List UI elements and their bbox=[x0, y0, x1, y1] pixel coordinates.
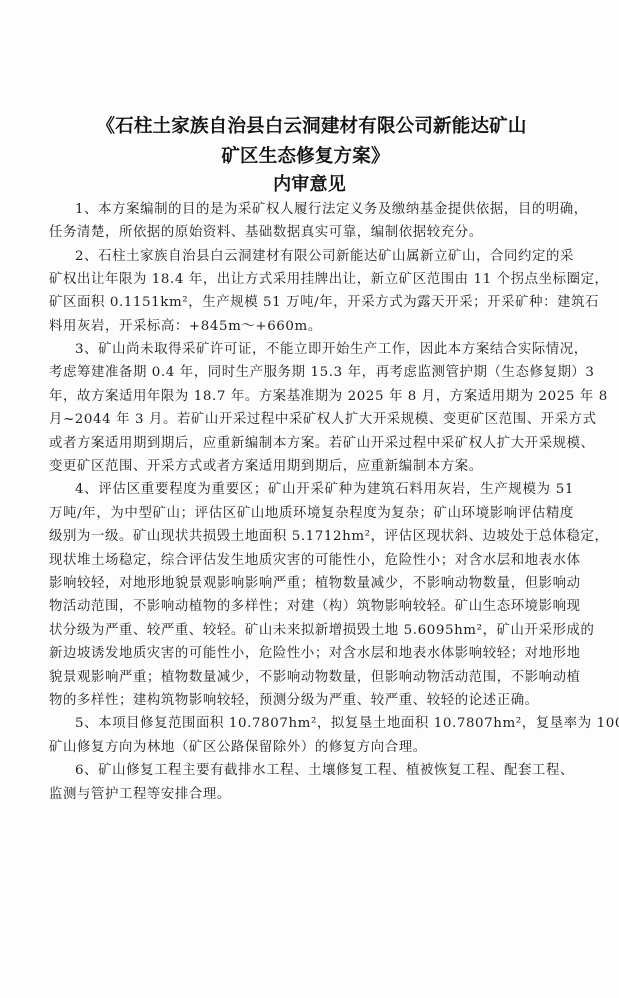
document-page: 《石柱土家族自治县白云洞建材有限公司新能达矿山 矿区生态修复方案》 内审意见 1… bbox=[0, 0, 619, 998]
document-title-line-1: 《石柱土家族自治县白云洞建材有限公司新能达矿山 bbox=[2, 112, 619, 138]
paragraph-1-line: 任务清楚，所依据的原始资料、基础数据真实可靠，编制依据较充分。 bbox=[49, 222, 574, 244]
paragraph-4-line: 影响较轻，对地形地貌景观影响影响严重；植物数量减少，不影响动物数量，但影响动 bbox=[49, 573, 574, 595]
paragraph-6-line: 6、矿山修复工程主要有截排水工程、土壤修复工程、植被恢复工程、配套工程、 bbox=[75, 760, 574, 782]
paragraph-4-line: 级别为一级。矿山现状共损毁土地面积 5.1712hm²，评估区现状斜、边坡处于总… bbox=[49, 526, 574, 548]
paragraph-3-line: 考虑筹建准备期 0.4 年，同时生产服务期 15.3 年，再考虑监测管护期（生态… bbox=[49, 362, 574, 384]
paragraph-4-line: 新边坡诱发地质灾害的可能性小，危险性小；对含水层和地表水体影响较轻；对地形地 bbox=[49, 643, 574, 665]
paragraph-4-line: 现状堆土场稳定，综合评估发生地质灾害的可能性小，危险性小；对含水层和地表水体 bbox=[49, 550, 574, 572]
paragraph-5-line: 矿山修复方向为林地（矿区公路保留除外）的修复方向合理。 bbox=[49, 737, 574, 759]
document-subtitle: 内审意见 bbox=[0, 170, 619, 196]
paragraph-2-line: 2、石柱土家族自治县白云洞建材有限公司新能达矿山属新立矿山，合同约定的采 bbox=[75, 246, 574, 268]
paragraph-6-line: 监测与管护工程等安排合理。 bbox=[49, 784, 574, 806]
paragraph-4-line: 物活动范围，不影响动植物的多样性；对建（构）筑物影响较轻。矿山生态环境影响现 bbox=[49, 596, 574, 618]
paragraph-3-line: 月~2044 年 3 月。若矿山开采过程中采矿权人扩大开采规模、变更矿区范围、开… bbox=[49, 409, 574, 431]
paragraph-3-line: 3、矿山尚未取得采矿许可证，不能立即开始生产工作，因此本方案结合实际情况， bbox=[75, 339, 574, 361]
paragraph-1-line: 1、本方案编制的目的是为采矿权人履行法定义务及缴纳基金提供依据，目的明确， bbox=[75, 199, 574, 221]
paragraph-4-line: 物的多样性；建构筑物影响较轻，预测分级为严重、较严重、较轻的论述正确。 bbox=[49, 690, 574, 712]
paragraph-2-line: 矿权出让年限为 18.4 年，出让方式采用挂牌出让，新立矿区范围由 11 个拐点… bbox=[49, 269, 574, 291]
paragraph-2-line: 矿区面积 0.1151km²，生产规模 51 万吨/年，开采方式为露天开采；开采… bbox=[49, 292, 574, 314]
paragraph-3-line: 年，故方案适用年限为 18.7 年。方案基准期为 2025 年 8 月，方案适用… bbox=[49, 386, 574, 408]
paragraph-4-line: 状分级为严重、较严重、较轻。矿山未来拟新增损毁土地 5.6095hm²，矿山开采… bbox=[49, 620, 574, 642]
document-title-line-2: 矿区生态修复方案》 bbox=[0, 142, 615, 168]
paragraph-4-line: 万吨/年，为中型矿山；评估区矿山地质环境复杂程度为复杂；矿山环境影响评估精度 bbox=[49, 503, 574, 525]
paragraph-4-line: 貌景观影响严重；植物数量减少，不影响动物数量，但影响动物活动范围，不影响动植 bbox=[49, 667, 574, 689]
paragraph-3-line: 或者方案适用期到期后，应重新编制本方案。若矿山开采过程中采矿权人扩大开采规模、 bbox=[49, 433, 574, 455]
paragraph-3-line: 变更矿区范围、开采方式或者方案适用期到期后，应重新编制本方案。 bbox=[49, 456, 574, 478]
paragraph-2-line: 料用灰岩，开采标高：+845m～+660m。 bbox=[49, 316, 574, 338]
paragraph-4-line: 4、评估区重要程度为重要区；矿山开采矿种为建筑石料用灰岩，生产规模为 51 bbox=[75, 479, 574, 501]
paragraph-5-line: 5、本项目修复范围面积 10.7807hm²，拟复垦土地面积 10.7807hm… bbox=[75, 713, 574, 735]
